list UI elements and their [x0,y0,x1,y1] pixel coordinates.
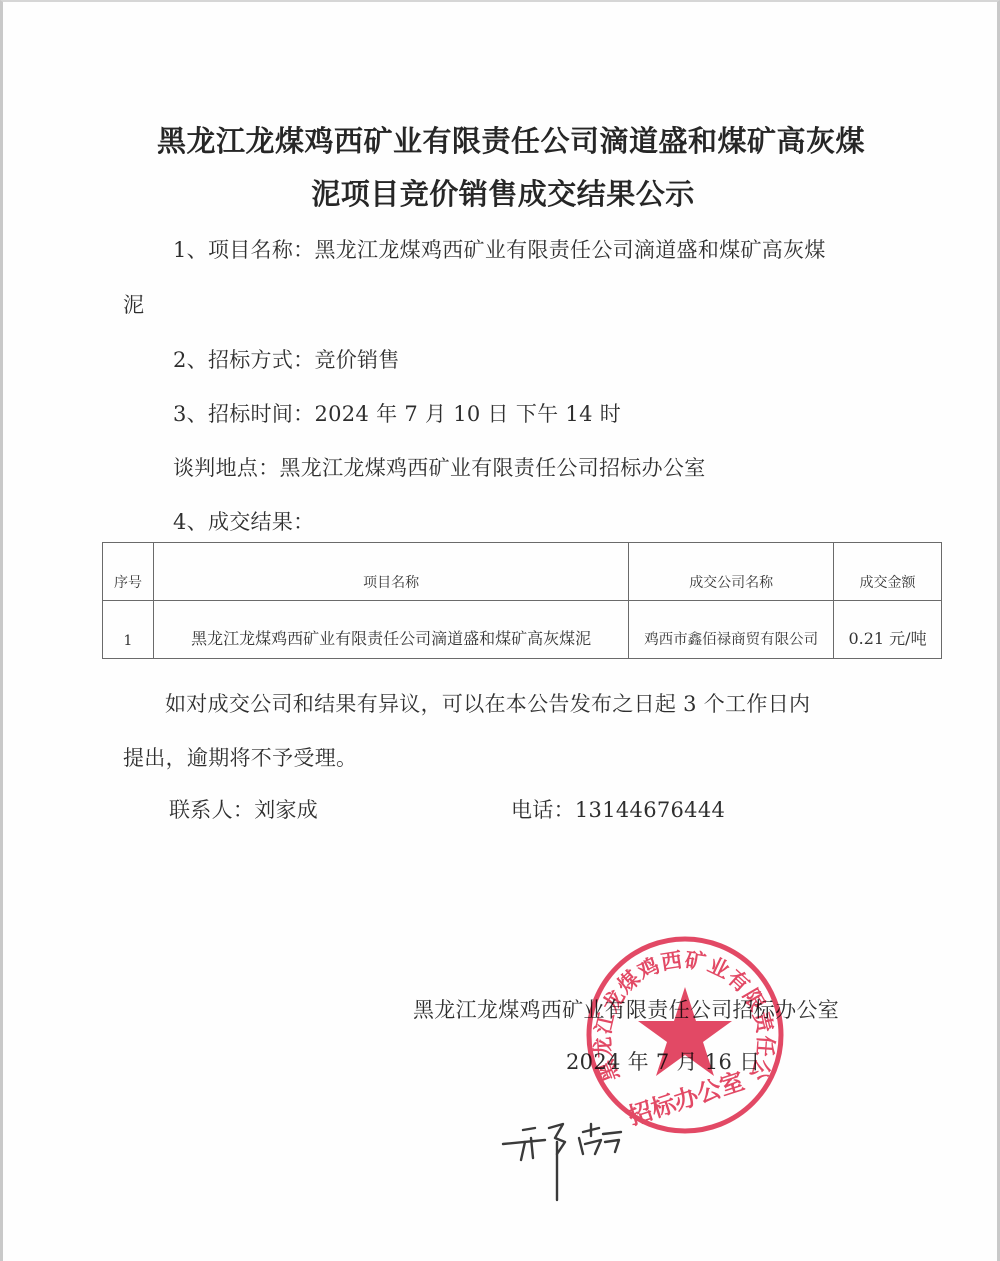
header-company-name: 成交公司名称 [629,543,834,601]
cell-amount: 0.21 元/吨 [834,601,942,659]
header-project-name: 项目名称 [153,543,628,601]
document-title-line-1: 黑龙江龙煤鸡西矿业有限责任公司滴道盛和煤矿高灰煤 [11,119,1000,160]
handwritten-signature-icon [493,1102,653,1202]
cell-company-name: 鸡西市鑫佰禄商贸有限公司 [629,601,834,659]
cell-index: 1 [103,601,154,659]
document-page: 黑龙江龙煤鸡西矿业有限责任公司滴道盛和煤矿高灰煤 泥项目竞价销售成交结果公示 1… [0,0,1000,1261]
bidding-method: 2、招标方式：竞价销售 [173,344,400,374]
objection-notice-line-1: 如对成交公司和结果有异议，可以在本公告发布之日起 3 个工作日内 [165,688,810,718]
bidding-time: 3、招标时间：2024 年 7 月 10 日 下午 14 时 [173,398,621,428]
objection-notice-line-2: 提出，逾期将不予受理。 [123,742,357,772]
result-table: 序号 项目名称 成交公司名称 成交金额 1 黑龙江龙煤鸡西矿业有限责任公司滴道盛… [102,542,942,659]
project-name-line-1: 1、项目名称：黑龙江龙煤鸡西矿业有限责任公司滴道盛和煤矿高灰煤 [173,234,826,264]
cell-project-name: 黑龙江龙煤鸡西矿业有限责任公司滴道盛和煤矿高灰煤泥 [153,601,628,659]
table-row: 1 黑龙江龙煤鸡西矿业有限责任公司滴道盛和煤矿高灰煤泥 鸡西市鑫佰禄商贸有限公司… [103,601,942,659]
project-name-line-2: 泥 [123,289,144,319]
document-title-line-2: 泥项目竞价销售成交结果公示 [3,172,1000,213]
contact-person: 联系人：刘家成 [169,794,318,824]
result-heading: 4、成交结果： [173,506,314,536]
negotiation-location: 谈判地点：黑龙江龙煤鸡西矿业有限责任公司招标办公室 [173,452,706,482]
table-header-row: 序号 项目名称 成交公司名称 成交金额 [103,543,942,601]
contact-phone: 电话：13144676444 [511,794,725,824]
header-amount: 成交金额 [834,543,942,601]
header-index: 序号 [103,543,154,601]
